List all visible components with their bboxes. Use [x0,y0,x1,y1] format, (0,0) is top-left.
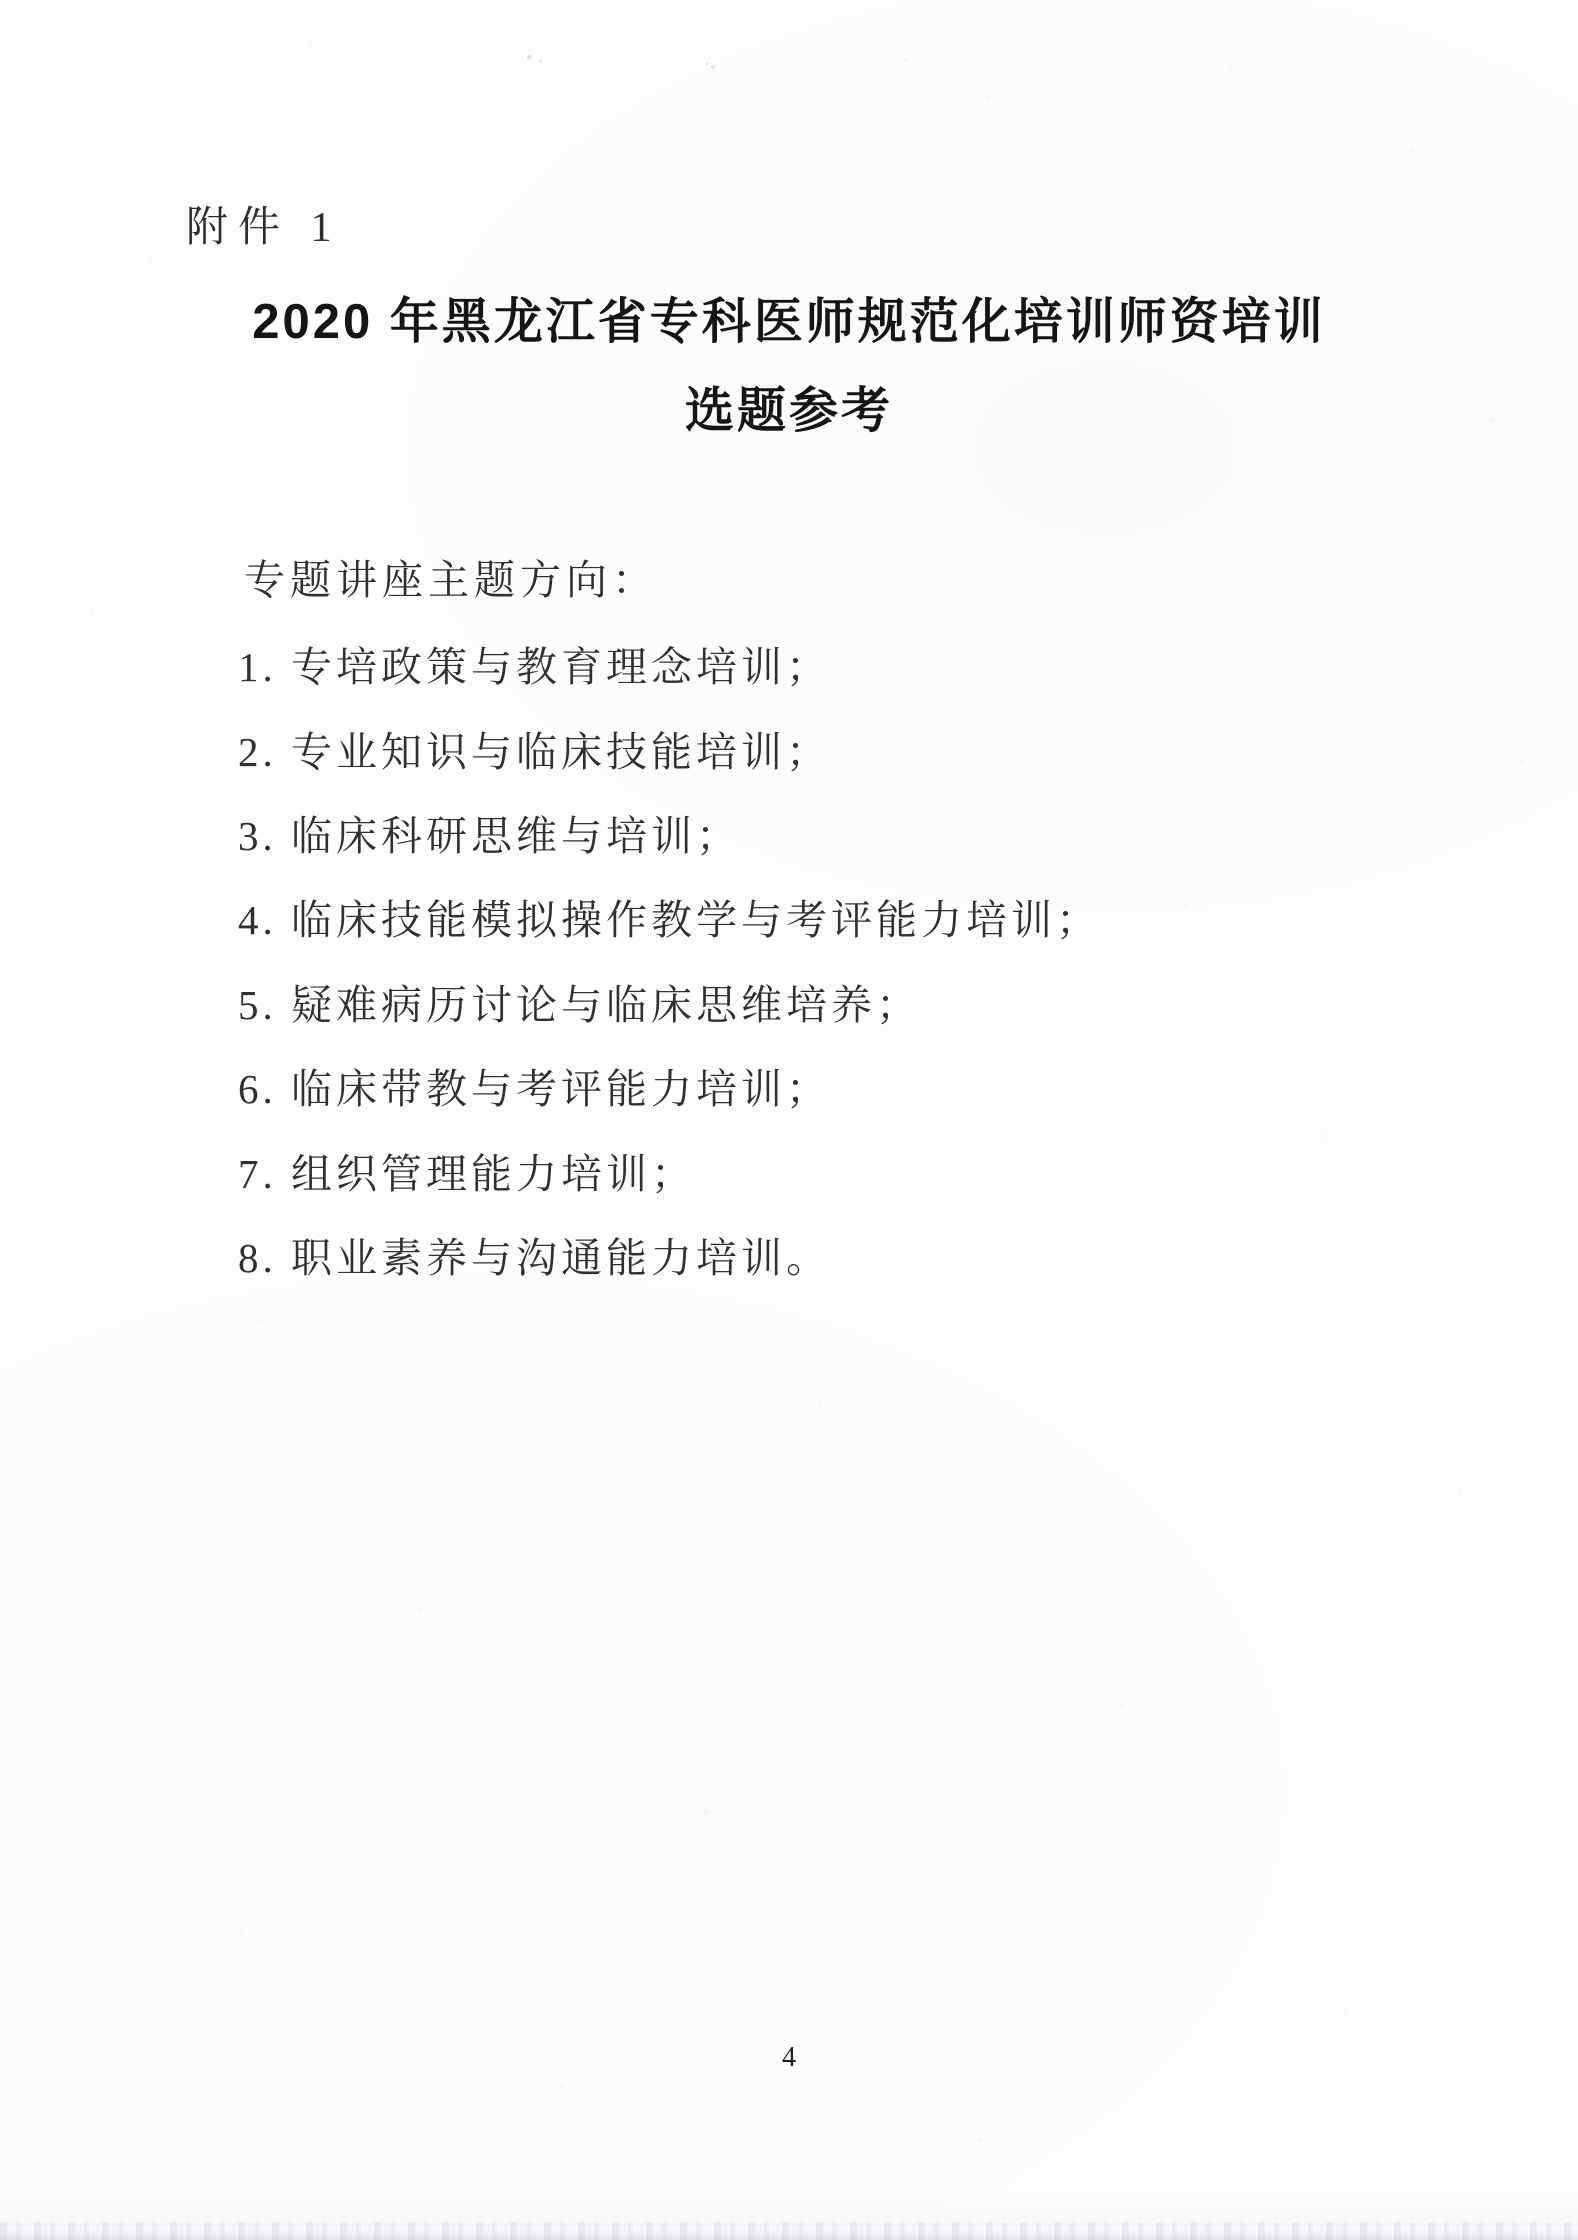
list-item-3: 3. 临床科研思维与培训； [238,803,741,862]
list-item-5: 5. 疑难病历讨论与临床思维培养； [238,972,921,1031]
scan-edge-artifact-soft [0,2186,1578,2226]
list-item-2: 2. 专业知识与临床技能培训； [238,719,831,778]
list-item-6: 6. 临床带教与考评能力培训； [238,1056,831,1115]
list-item-7: 7. 组织管理能力培训； [238,1141,696,1200]
scan-edge-artifact [0,2222,1578,2240]
section-heading: 专题讲座主题方向： [244,547,658,606]
scan-noise-speckles [0,0,2,2]
document-title-line1: 2020 年黑龙江省专科医师规范化培训师资培训 [0,283,1578,353]
list-item-8: 8. 职业素养与沟通能力培训。 [238,1225,831,1284]
list-item-1: 1. 专培政策与教育理念培训； [238,634,831,693]
scanned-document-page: 附件 1 2020 年黑龙江省专科医师规范化培训师资培训 选题参考 专题讲座主题… [0,0,1578,2240]
list-item-4: 4. 临床技能模拟操作教学与考评能力培训； [238,887,1101,946]
page-number: 4 [0,2042,1578,2074]
document-title-line2: 选题参考 [0,372,1578,442]
attachment-label: 附件 1 [186,194,342,254]
